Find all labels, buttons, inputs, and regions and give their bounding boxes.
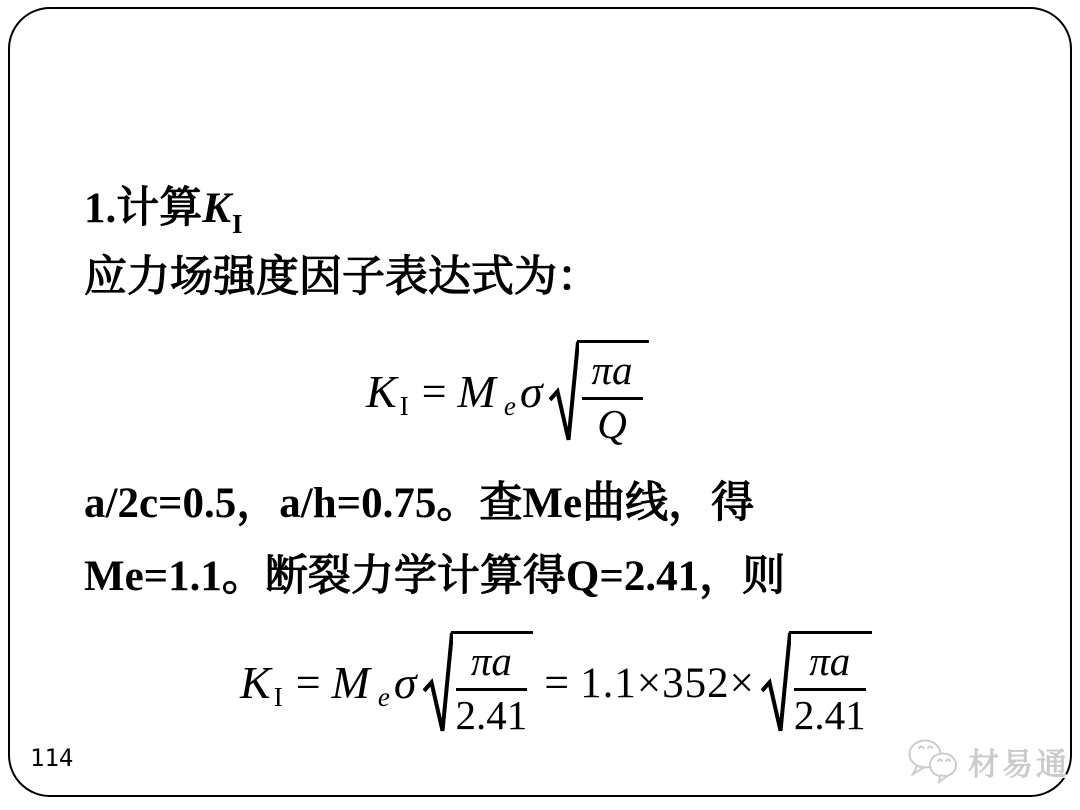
formula2-fraction-2: πa 2.41 <box>794 639 866 736</box>
body-line-1: a/2c=0.5，a/h=0.75。查Me曲线，得 <box>84 480 754 527</box>
formula2-k-subscript: I <box>274 684 283 711</box>
formula1-m: M <box>458 368 496 416</box>
page-number: 114 <box>30 744 73 772</box>
formula2-m: M <box>332 659 370 707</box>
formula1-fraction-denominator: Q <box>597 400 627 445</box>
formula1-k: K <box>366 368 397 416</box>
formula1-fraction-numerator: πa <box>582 348 643 397</box>
title-subscript: I <box>232 209 243 239</box>
formula2-fraction-1: πa 2.41 <box>456 639 528 736</box>
formula2-m-subscript: e <box>378 684 390 711</box>
formula2-radicand-2: πa 2.41 <box>789 631 872 736</box>
formula2-radical-1: πa 2.41 <box>423 631 534 736</box>
formula-stress-intensity-numeric: KI = Me σ πa 2.41 = 1.1×352× πa 2.41 <box>240 627 872 739</box>
formula1-radical: πa Q <box>549 340 649 445</box>
formula2-fraction1-denominator: 2.41 <box>456 691 528 736</box>
watermark-text: 材易通 <box>968 739 1070 784</box>
title-prefix: 1.计算 <box>84 185 202 232</box>
chat-bubbles-icon <box>906 737 962 785</box>
formula1-k-subscript: I <box>400 393 409 420</box>
title-symbol-k: K <box>202 185 231 232</box>
watermark-logo: 材易通 <box>906 737 1070 785</box>
formula1-m-subscript: e <box>504 393 516 420</box>
subtitle-line: 应力场强度因子表达式为： <box>84 254 600 301</box>
formula1-radicand: πa Q <box>577 340 649 445</box>
slide-title: 1.计算KI <box>84 185 242 232</box>
formula1-fraction: πa Q <box>582 348 643 445</box>
formula1-sigma: σ <box>520 368 543 416</box>
formula2-radical-2: πa 2.41 <box>761 631 872 736</box>
formula2-fraction1-numerator: πa <box>461 639 522 688</box>
formula1-equals: = <box>422 370 447 414</box>
formula2-fraction2-numerator: πa <box>799 639 860 688</box>
formula2-fraction2-denominator: 2.41 <box>794 691 866 736</box>
formula2-equals: = <box>296 661 321 705</box>
body-line-2: Me=1.1。断裂力学计算得Q=2.41，则 <box>84 553 785 600</box>
formula-stress-intensity-general: KI = Me σ πa Q <box>366 334 649 450</box>
formula2-radicand-1: πa 2.41 <box>451 631 534 736</box>
radical-sign-icon <box>549 340 579 445</box>
radical-sign-icon <box>423 631 453 736</box>
formula2-equals-2: = <box>544 661 569 705</box>
formula2-sigma: σ <box>394 659 417 707</box>
formula2-multiplier: 1.1×352× <box>580 662 755 705</box>
formula2-k: K <box>240 659 271 707</box>
radical-sign-icon <box>761 631 791 736</box>
